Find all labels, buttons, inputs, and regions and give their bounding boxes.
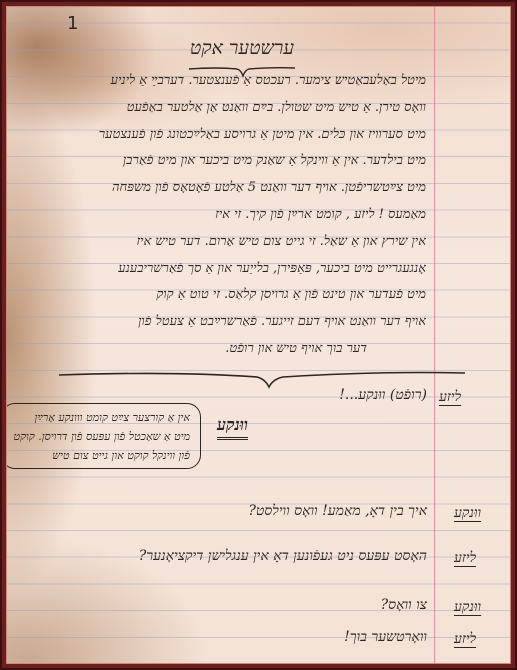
dialogue-line: האָסט עפּעס ניט געפֿונען דאָ אין ענגלישן… (32, 548, 427, 565)
dialogue-line: איך בין דאָ, מאַמע! וואָס ווילסט? (202, 503, 427, 520)
stage-direction-line: אָנגעגרייט מיט ביכער, פּאַפּירן, בלייַער… (21, 261, 426, 277)
stage-direction-line: מיטל באַלעבאַטיש צימער. רעכטס אַ פֿענצטע… (21, 73, 426, 89)
stage-direction-line: אויף דער וואַנט אויף דעם זייגער. פֿאַרשר… (21, 314, 426, 330)
stage-direction-line: אין שירץ און אַ שאַל. זי גייט צום טיש אַ… (21, 234, 426, 250)
note-speaker-name: ווּנקע (217, 415, 248, 440)
speaker-name: ליזע (454, 631, 476, 648)
stage-direction-line: מיט צײַטשריפֿטן. אויף דער וואַנט 5 אַלטע… (21, 180, 426, 196)
dialogue-line: (רופֿט) ווּנקע...! (297, 387, 427, 404)
speaker-name: ווּנקע (454, 505, 481, 522)
note-line: אין אַ קורצער צײַט קומט ווונקע אַרײַן (7, 408, 190, 427)
page-title: ערשטער אקט (177, 37, 307, 60)
note-line: פֿון ווינקל קוקט און גייט צום טיש (7, 446, 190, 465)
note-line: מיט אַ שאַכטל פֿון עפּעס פֿון דרויסן. קו… (7, 427, 190, 446)
stage-direction-line: דער בוך אויף טיש און רופֿט. (117, 341, 367, 357)
stage-direction-line: מיט בילדער. אין אַ ווינקל אַ שאַנק מיט ב… (21, 153, 426, 169)
dialogue-line: וואָרטשער בוך! (307, 629, 427, 646)
manuscript-page: 1 ערשטער אקט מיטל באַלעבאַטיש צימער. רעכ… (7, 7, 510, 663)
speaker-name: ווּנקע (454, 599, 481, 616)
dialogue-line: צו וואָס? (327, 597, 427, 614)
margin-line (434, 7, 435, 663)
speaker-name: ליזע (454, 550, 476, 567)
page-number: 1 (67, 13, 78, 34)
stage-direction-line: מיט פֿעדער און טינט פֿון אַ גרויסן קלאַס… (21, 287, 426, 303)
boxed-stage-note: אין אַ קורצער צײַט קומט ווונקע אַרײַן מי… (7, 403, 201, 469)
stage-direction-line: מיט סערוויז און כּלים. אין מיטן אַ גרויס… (21, 127, 426, 143)
speaker-name: ליזע (439, 389, 461, 406)
stage-direction-line: מאַמעס ! ליזע , קומט ארײַן פֿון קיך. זי … (21, 207, 426, 223)
stage-direction-line: וואָס טירן. אַ טיש מיט שטולן. בײַם וואַנ… (21, 100, 426, 116)
